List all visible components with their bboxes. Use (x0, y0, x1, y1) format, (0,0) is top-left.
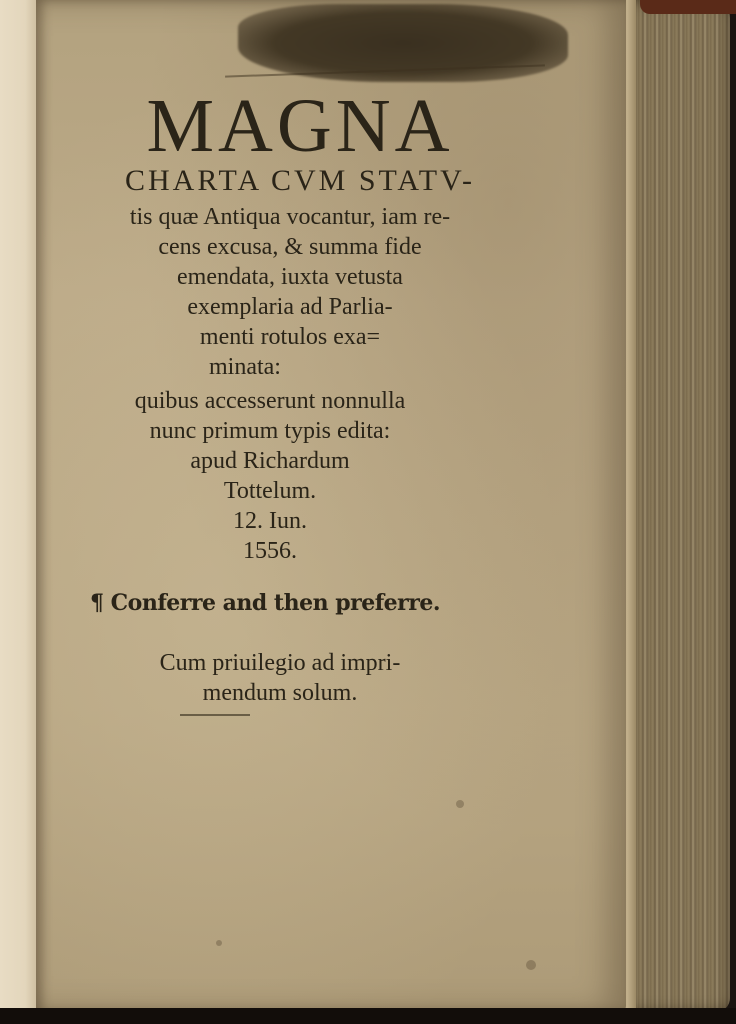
ink-spot (456, 800, 464, 808)
body-line: tis quæ Antiqua vocantur, iam re- (40, 202, 540, 232)
body-line: nunc primum typis edita: (0, 416, 540, 446)
year-line: 1556. (0, 536, 540, 566)
rule-mark (180, 714, 250, 716)
book-cover-corner (640, 0, 736, 14)
printer-line: apud Richardum (0, 446, 540, 476)
privilege-line: mendum solum. (20, 678, 540, 708)
ink-spot (216, 940, 222, 946)
ink-spot (526, 960, 536, 970)
body-line: cens excusa, & summa fide (40, 232, 540, 262)
privilege-line: Cum priuilegio ad impri- (20, 648, 540, 678)
body-line: minata: (0, 352, 540, 382)
body-line: quibus accesserunt nonnulla (0, 386, 540, 416)
subtitle-heading: CHARTA CVM STATV- (60, 164, 540, 198)
body-line: emendata, iuxta vetusta (40, 262, 540, 292)
body-line: menti rotulos exa= (40, 322, 540, 352)
printer-name: Tottelum. (0, 476, 540, 506)
book-fore-edge (614, 0, 730, 1012)
motto-line: ¶ Conferre and then preferre. (0, 588, 540, 618)
background-shadow (0, 1008, 736, 1024)
date-line: 12. Iun. (0, 506, 540, 536)
title-heading: MAGNA (60, 86, 540, 166)
title-text-block: MAGNA CHARTA CVM STATV- tis quæ Antiqua … (40, 86, 540, 716)
body-line: exemplaria ad Parlia- (40, 292, 540, 322)
